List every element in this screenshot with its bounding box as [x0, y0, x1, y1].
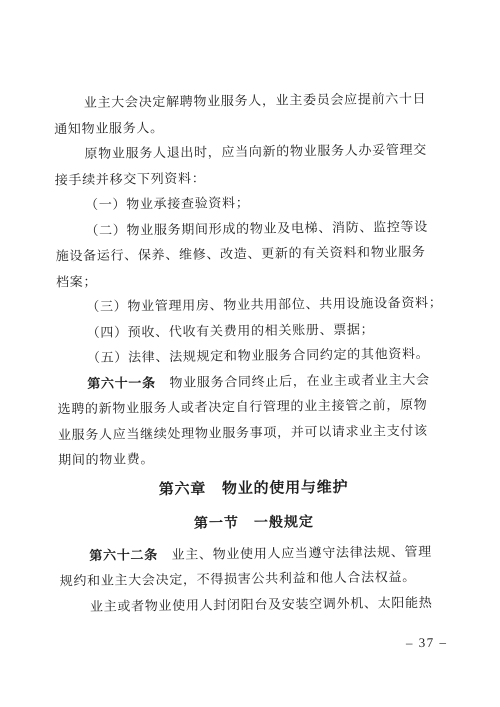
page-number: – 37 –: [406, 635, 448, 652]
section-heading: 第一节 一般规定: [59, 506, 449, 537]
text-line: 业服务人应当继续处理物业服务事项，并可以请求业主支付该: [58, 417, 448, 447]
article-number: 第六十二条: [89, 547, 158, 563]
page-sheet: 业主大会决定解聘物业服务人，业主委员会应提前六十日通知物业服务人。原物业服务人退…: [0, 0, 500, 707]
text-line: 施设备运行、保养、维修、改造、更新的有关资料和物业服务: [56, 239, 446, 269]
scanned-document-page: 业主大会决定解聘物业服务人，业主委员会应提前六十日通知物业服务人。原物业服务人退…: [0, 0, 500, 707]
document-body: 业主大会决定解聘物业服务人，业主委员会应提前六十日通知物业服务人。原物业服务人退…: [54, 86, 450, 620]
article-number: 第六十一条: [87, 375, 156, 391]
text-line: 原物业服务人退出时，应当向新的物业服务人办妥管理交: [54, 137, 444, 167]
text-line: （三）物业管理用房、物业共用部位、共用设施设备资料；: [56, 290, 446, 320]
text-line: 业主或者物业使用人封闭阳台及安装空调外机、太阳能热: [60, 589, 450, 619]
text-line: 业主大会决定解聘物业服务人，业主委员会应提前六十日: [54, 86, 444, 116]
text-line: 期间的物业费。: [58, 443, 448, 473]
chapter-heading: 第六章 物业的使用与维护: [58, 472, 448, 505]
